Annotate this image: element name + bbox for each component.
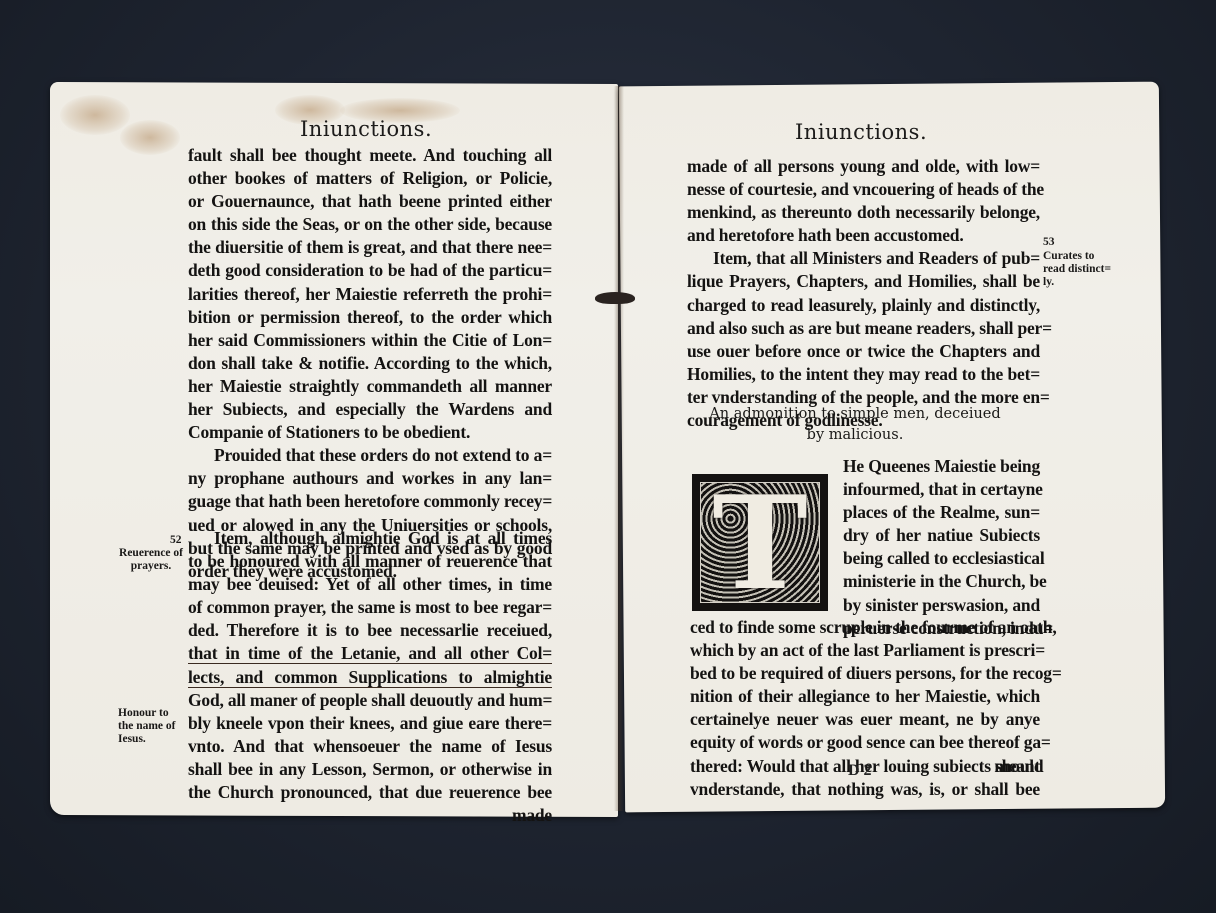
text-line: her Maiestie straightly commandeth all m… (188, 375, 552, 398)
text-line: vnto. And that whensoeuer the name of Ie… (188, 735, 552, 758)
text-line: bly kneele vpon their knees, and giue ea… (188, 712, 552, 735)
book-spread: Iniunctions. fault shall bee thought mee… (0, 0, 1216, 913)
catchword-right: meant (990, 755, 1040, 778)
text-line: or Gouernaunce, that hath beene printed … (188, 190, 552, 213)
text-line: nesse of courtesie, and vncouering of he… (687, 178, 1040, 201)
book-gutter (614, 86, 624, 811)
catchword: meant (990, 755, 1040, 778)
text-line: ny prophane authours and workes in any l… (188, 467, 552, 490)
text-line: He Queenes Maiestie being (843, 455, 1040, 478)
text-line: which by an act of the last Parliament i… (690, 639, 1040, 662)
text-line: shall bee in any Lesson, Sermon, or othe… (188, 758, 552, 781)
initial-side-text: He Queenes Maiestie being infourmed, tha… (843, 455, 1040, 640)
text-line: to be honoured with all manner of reuere… (188, 550, 552, 573)
initial-letter: T (695, 469, 825, 619)
binding-hole (595, 292, 635, 304)
text-line: being called to ecclesiastical (843, 547, 1040, 570)
text-line: on this side the Seas, or on the other s… (188, 213, 552, 236)
text-line: vnderstande, that nothing was, is, or sh… (690, 778, 1040, 801)
left-body-text: fault shall bee thought meete. And touch… (188, 144, 552, 583)
left-running-head: Iniunctions. (300, 117, 432, 141)
text-line: certainelye neuer was euer meant, ne by … (690, 708, 1040, 731)
section-subheading: An admonition to simple men, deceiued by… (700, 404, 1010, 446)
text-line: dry of her natiue Subiects (843, 524, 1040, 547)
text-line: bed to be required of diuers persons, fo… (690, 662, 1040, 685)
text-line: the Church pronounced, that due reuerenc… (188, 781, 552, 804)
text-line: other bookes of matters of Religion, or … (188, 167, 552, 190)
margin-note-curates: Curates to read distinct= ly. (1043, 250, 1133, 289)
right-running-head: Iniunctions. (795, 120, 927, 144)
margin-note-honour: Honour to the name of Iesus. (118, 707, 190, 746)
catchword: made (188, 804, 552, 827)
text-line: ded. Therefore it is to bee necessarlie … (188, 619, 552, 642)
text-line: use ouer before once or twice the Chapte… (687, 340, 1040, 363)
text-line: made of all persons young and olde, with… (687, 155, 1040, 178)
text-line: infourmed, that in certayne (843, 478, 1040, 501)
text-line: Prouided that these orders do not extend… (188, 444, 552, 467)
water-stain (120, 120, 180, 155)
margin-note-number: 53 (1043, 236, 1055, 249)
text-line: Homilies, to the intent they may read to… (687, 363, 1040, 386)
text-line: Companie of Stationers to be obedient. (188, 421, 552, 444)
text-line: nition of their allegiance to her Maiest… (690, 685, 1040, 708)
text-line: don shall take & notifie. According to t… (188, 352, 552, 375)
text-line: fault shall bee thought meete. And touch… (188, 144, 552, 167)
decorated-initial: T (692, 474, 828, 611)
text-line-underlined: lects, and common Supplications to almig… (188, 666, 552, 689)
text-line: bition or permission thereof, to the ord… (188, 306, 552, 329)
text-line: Item, although almightie God is at all t… (188, 527, 552, 550)
text-line: ced to finde some scruple in the fourme … (690, 616, 1040, 639)
margin-note-reverence: Reuerence of prayers. (113, 547, 189, 573)
text-line: guage that hath been heretofore commonly… (188, 490, 552, 513)
margin-note-number: 52 (170, 534, 182, 547)
text-line: her said Commissioners within the Citie … (188, 329, 552, 352)
text-line: of common prayer, the same is most to be… (188, 596, 552, 619)
text-line: her Subiects, and especially the Wardens… (188, 398, 552, 421)
text-line: deth good consideration to be had of the… (188, 259, 552, 282)
text-line: may bee deuised: Yet of all other times,… (188, 573, 552, 596)
signature-mark: D 2 (848, 762, 872, 780)
text-line: and also such as are but meane readers, … (687, 317, 1040, 340)
water-stain (60, 95, 130, 135)
left-body-text-item: Item, although almightie God is at all t… (188, 527, 552, 827)
right-body-text: made of all persons young and olde, with… (687, 155, 1040, 432)
text-line: the diuersitie of them is great, and tha… (188, 236, 552, 259)
text-line: lique Prayers, Chapters, and Homilies, s… (687, 270, 1040, 293)
text-line: charged to read leasurely, plainly and d… (687, 294, 1040, 317)
text-line: by sinister perswasion, and (843, 594, 1040, 617)
text-line: menkind, as thereunto doth necessarily b… (687, 201, 1040, 224)
text-line: God, all maner of people shall deuoutly … (188, 689, 552, 712)
text-line: ministerie in the Church, be (843, 570, 1040, 593)
text-line: larities thereof, her Maiestie referreth… (188, 283, 552, 306)
text-line: places of the Realme, sun= (843, 501, 1040, 524)
text-line: and heretofore hath been accustomed. (687, 224, 1040, 247)
text-line: equity of words or good sence can bee th… (690, 731, 1040, 754)
text-line: Item, that all Ministers and Readers of … (687, 247, 1040, 270)
text-line-underlined: that in time of the Letanie, and all oth… (188, 642, 552, 665)
